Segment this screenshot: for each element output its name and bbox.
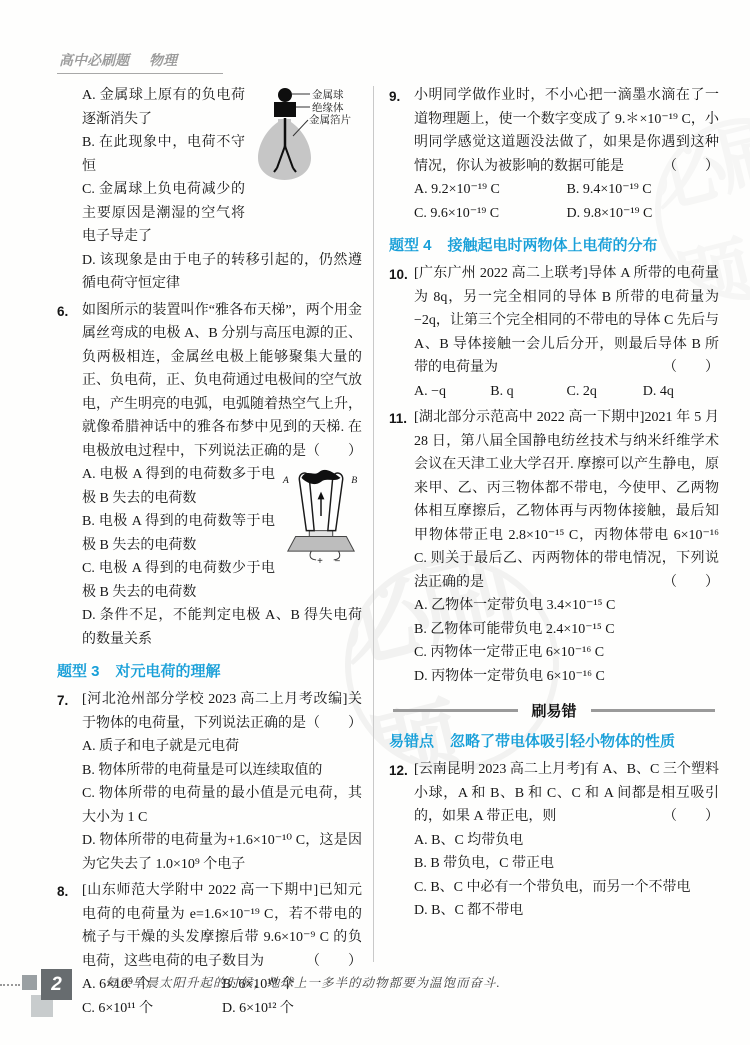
question-10: 10. [广东广州 2022 高二上联考]导体 A 所带的电荷量为 8q，另一完… xyxy=(389,262,719,403)
answer-paren: （ ） xyxy=(663,805,719,829)
question-6-body: 如图所示的装置叫作“雅各布天梯”，两个用金属丝弯成的电极 A、B 分别与高压电源… xyxy=(82,299,362,652)
section-title: 对元电荷的理解 xyxy=(116,663,221,680)
metal-foil-label: 金属箔片 xyxy=(309,113,351,126)
option-b: B. 物体所带的电荷量是可以连续取值的 xyxy=(82,759,362,783)
page-header: 高中必刷题物理 xyxy=(57,50,223,74)
question-number: 8. xyxy=(57,880,68,904)
question-source: [广东广州 2022 高二上联考] xyxy=(414,266,588,281)
divider-bar-left xyxy=(393,709,518,713)
question-7: 7. [河北沧州部分学校 2023 高二上月考改编]关于物体的电荷量，下列说法正… xyxy=(57,688,362,876)
error-point-title: 忽略了带电体吸引轻小物体的性质 xyxy=(450,733,675,750)
book-title: 高中必刷题 xyxy=(59,54,129,69)
ladder-base-shape xyxy=(288,537,354,552)
plus-terminal-label: + xyxy=(317,556,323,567)
option-d: D. 该现象是由于电子的转移引起的，仍然遵循电荷守恒定律 xyxy=(82,249,362,296)
question-stem: 2021 年 5 月 28 日，第八届全国静电纺丝技术与纳米纤维学术会议在天津工… xyxy=(414,410,719,590)
option-b: B. q xyxy=(490,380,566,404)
answer-paren: （ ） xyxy=(306,712,362,736)
footer-quote: 每天早晨太阳升起的时候，地球上一多半的动物都要为温饱而奋斗. xyxy=(105,973,501,991)
option-b: B. 乙物体可能带负电 2.4×10⁻¹⁵ C xyxy=(414,618,719,642)
question-6: 6. 如图所示的装置叫作“雅各布天梯”，两个用金属丝弯成的电极 A、B 分别与高… xyxy=(57,299,362,652)
minus-terminal-label: − xyxy=(335,556,341,567)
section-tag: 题型 3 xyxy=(57,663,100,680)
jacobs-ladder-figure: A B + − xyxy=(280,465,362,576)
subject-label: 物理 xyxy=(149,54,177,69)
question-number: 9. xyxy=(389,85,400,109)
error-point-heading: 易错点忽略了带电体吸引轻小物体的性质 xyxy=(389,730,719,751)
left-column: 金属球 绝缘体 金属箔片 A. 金属球上原有的负电荷逐渐消失了 B. 在此现象中… xyxy=(57,84,362,1023)
insulator-label: 绝缘体 xyxy=(312,101,344,114)
right-column: 9. 小明同学做作业时，不小心把一滴墨水滴在了一道物理题上，使一个数字变成了 9… xyxy=(389,84,719,1023)
question-number: 11. xyxy=(389,407,407,431)
metal-ball-label: 金属球 xyxy=(312,88,344,101)
question-source: [湖北部分示范高中 2022 高一下期中] xyxy=(414,410,644,425)
question-stem: 如图所示的装置叫作“雅各布天梯”，两个用金属丝弯成的电极 A、B 分别与高压电源… xyxy=(82,303,362,459)
answer-paren: （ ） xyxy=(306,440,362,464)
question-9: 9. 小明同学做作业时，不小心把一滴墨水滴在了一道物理题上，使一个数字变成了 9… xyxy=(389,84,719,225)
question-12: 12. [云南昆明 2023 高二上月考]有 A、B、C 三个塑料小球，A 和 … xyxy=(389,758,719,923)
option-a: A. 9.2×10⁻¹⁹ C xyxy=(414,178,567,202)
option-d: D. 4q xyxy=(643,380,719,404)
page-number-badge: 2 xyxy=(41,969,72,1000)
answer-paren: （ ） xyxy=(663,155,719,179)
option-c: C. 物体所带的电荷量的最小值是元电荷，其大小为 1 C xyxy=(82,782,362,829)
question-number: 7. xyxy=(57,689,68,713)
option-row: A. −q B. q C. 2q D. 4q xyxy=(414,380,719,404)
question-9-body: 小明同学做作业时，不小心把一滴墨水滴在了一道物理题上，使一个数字变成了 9.＊×… xyxy=(414,84,719,225)
answer-paren: （ ） xyxy=(663,571,719,595)
section-heading-type3: 题型 3对元电荷的理解 xyxy=(57,660,362,681)
option-b: B. 9.4×10⁻¹⁹ C xyxy=(567,178,720,202)
answer-paren: （ ） xyxy=(663,356,719,380)
divider-label: 刷易错 xyxy=(532,700,577,721)
section-tag: 题型 4 xyxy=(389,237,432,254)
error-section-divider: 刷易错 xyxy=(393,700,715,721)
insulator-cap-shape xyxy=(274,102,296,117)
page-footer: 2 每天早晨太阳升起的时候，地球上一多半的动物都要为温饱而奋斗. xyxy=(0,960,750,1030)
option-a: A. 乙物体一定带负电 3.4×10⁻¹⁵ C xyxy=(414,594,719,618)
question-number: 6. xyxy=(57,300,68,324)
question-11-body: [湖北部分示范高中 2022 高一下期中]2021 年 5 月 28 日，第八届… xyxy=(414,406,719,688)
electrode-b-label: B xyxy=(351,475,357,486)
question-5-options: 金属球 绝缘体 金属箔片 A. 金属球上原有的负电荷逐渐消失了 B. 在此现象中… xyxy=(57,84,362,296)
option-c: C. 2q xyxy=(567,380,643,404)
option-row: A. 9.2×10⁻¹⁹ C B. 9.4×10⁻¹⁹ C xyxy=(414,178,719,202)
option-a: A. B、C 均带负电 xyxy=(414,829,719,853)
option-a: A. 质子和电子就是元电荷 xyxy=(82,735,362,759)
option-row: C. 9.6×10⁻¹⁹ C D. 9.8×10⁻¹⁹ C xyxy=(414,202,719,226)
question-number: 10. xyxy=(389,263,408,287)
option-d: D. B、C 都不带电 xyxy=(414,899,719,923)
question-11: 11. [湖北部分示范高中 2022 高一下期中]2021 年 5 月 28 日… xyxy=(389,406,719,688)
footer-decor-square-mid xyxy=(22,975,37,990)
section-heading-type4: 题型 4接触起电时两物体上电荷的分布 xyxy=(389,234,719,255)
option-d: D. 物体所带的电荷量为+1.6×10⁻¹⁰ C，这是因为它失去了 1.0×10… xyxy=(82,829,362,876)
question-12-body: [云南昆明 2023 高二上月考]有 A、B、C 三个塑料小球，A 和 B、B … xyxy=(414,758,719,923)
metal-ball-shape xyxy=(278,88,292,102)
question-source: [山东师范大学附中 2022 高一下期中] xyxy=(82,883,318,898)
option-c: C. 9.6×10⁻¹⁹ C xyxy=(414,202,567,226)
option-d: D. 丙物体一定带负电 6×10⁻¹⁶ C xyxy=(414,665,719,689)
error-point-tag: 易错点 xyxy=(389,733,434,750)
content-columns: 金属球 绝缘体 金属箔片 A. 金属球上原有的负电荷逐渐消失了 B. 在此现象中… xyxy=(57,84,719,1023)
option-c: C. B、C 中必有一个带负电，而另一个不带电 xyxy=(414,876,719,900)
electrode-b-shape xyxy=(328,473,343,531)
question-source: [河北沧州部分学校 2023 高二上月考改编] xyxy=(82,692,347,707)
section-title: 接触起电时两物体上电荷的分布 xyxy=(448,237,658,254)
question-source: [云南昆明 2023 高二上月考] xyxy=(414,762,585,777)
option-d: D. 条件不足，不能判定电极 A、B 得失电荷的数量关系 xyxy=(82,604,362,651)
option-d: D. 9.8×10⁻¹⁹ C xyxy=(567,202,720,226)
option-a: A. −q xyxy=(414,380,490,404)
question-number: 12. xyxy=(389,759,408,783)
question-5-body: 金属球 绝缘体 金属箔片 A. 金属球上原有的负电荷逐渐消失了 B. 在此现象中… xyxy=(82,84,362,296)
divider-bar-right xyxy=(591,709,716,713)
question-6-options: A B + − A. 电极 A 得到的电荷数多于电极 B 失去的电荷数 B. 电… xyxy=(82,463,362,651)
workbook-page: 必刷题 必刷题 高中必刷题物理 xyxy=(0,0,750,1045)
electroscope-figure: 金属球 绝缘体 金属箔片 xyxy=(250,84,362,201)
footer-dotted-line xyxy=(0,984,20,986)
question-10-body: [广东广州 2022 高二上联考]导体 A 所带的电荷量为 8q，另一完全相同的… xyxy=(414,262,719,403)
electrode-a-label: A xyxy=(282,475,289,486)
option-c: C. 丙物体一定带正电 6×10⁻¹⁶ C xyxy=(414,641,719,665)
option-b: B. B 带负电，C 带正电 xyxy=(414,852,719,876)
up-arrow xyxy=(318,492,325,500)
question-7-body: [河北沧州部分学校 2023 高二上月考改编]关于物体的电荷量，下列说法正确的是… xyxy=(82,688,362,876)
